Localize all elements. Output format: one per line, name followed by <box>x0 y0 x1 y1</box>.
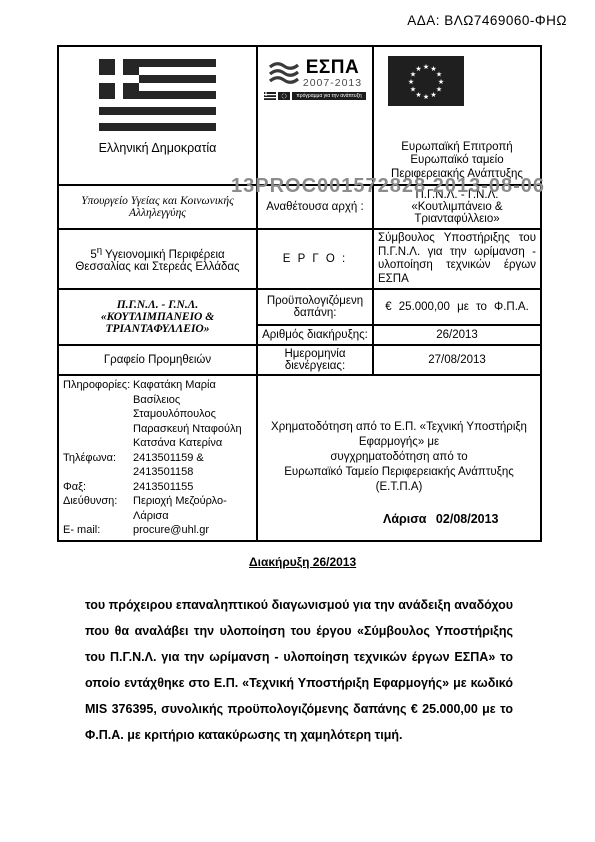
funding-line: συγχρηματοδότηση από το <box>262 450 536 465</box>
hellenic-republic-cell: Ελληνική Δημοκρατία <box>58 46 257 185</box>
svg-text:★: ★ <box>430 91 436 99</box>
body-paragraph: του πρόχειρου επαναληπτικού διαγωνισμού … <box>85 592 513 748</box>
table-row: Ελληνική Δημοκρατία ΕΣΠΑ <box>58 46 541 185</box>
contact-row: Φαξ:2413501155 <box>63 480 252 495</box>
funding-line: Χρηματοδότηση από το Ε.Π. «Τεχνική Υποστ… <box>262 420 536 435</box>
funding-line: Ευρωπαϊκό Ταμείο Περιφερειακής Ανάπτυξης… <box>262 465 536 495</box>
eu-caption-line: Ευρωπαϊκό ταμείο <box>374 154 540 168</box>
tender-date-label: Ημερομηνία διενέργειας: <box>257 345 373 375</box>
greek-flag-icon <box>99 59 216 131</box>
svg-text:★: ★ <box>423 63 429 71</box>
contact-label: Διεύθυνση: <box>63 494 133 523</box>
contact-row: Διεύθυνση:Περιοχή Μεζούρλο-Λάρισα <box>63 494 252 523</box>
hospital-line1: Π.Γ.Ν.Λ. - Γ.Ν.Λ. <box>63 299 252 311</box>
header-table: Ελληνική Δημοκρατία ΕΣΠΑ <box>57 45 542 542</box>
hellenic-republic-label: Ελληνική Δημοκρατία <box>59 141 256 155</box>
contact-info-cell: Πληροφορίες:Καφατάκη Μαρία Βασίλειος Στα… <box>58 375 257 541</box>
contact-label: E- mail: <box>63 523 133 538</box>
eu-caption-line: Ευρωπαϊκή Επιτροπή <box>374 141 540 155</box>
contact-row: Παρασκευή Νταφούλη <box>63 422 252 437</box>
espa-wordmark: ΕΣΠΑ <box>303 59 362 77</box>
espa-logo-cell: ΕΣΠΑ 2007-2013 <box>257 46 373 185</box>
contact-row: E- mail:procure@uhl.gr <box>63 523 252 538</box>
mini-eu-flag-icon <box>278 92 290 100</box>
health-region-cell: 5η Υγειονομική Περιφέρεια Θεσσαλίας και … <box>58 229 257 289</box>
contact-row: Πληροφορίες:Καφατάκη Μαρία <box>63 378 252 393</box>
contact-value: 2413501159 & 2413501158 <box>133 451 252 480</box>
contact-row: Κατσάνα Κατερίνα <box>63 436 252 451</box>
funding-line: Εφαρμογής» με <box>262 435 536 450</box>
tender-number-value: 26/2013 <box>373 325 541 345</box>
authority-line2: «Κουτλιμπάνειο & Τριανταφύλλειο» <box>378 201 536 225</box>
svg-text:★: ★ <box>423 93 429 101</box>
tender-number-label: Αριθμός διακήρυξης: <box>257 325 373 345</box>
table-row: Π.Γ.Ν.Λ. - Γ.Ν.Λ. «ΚΟΥΤΛΙΜΠΑΝΕΙΟ & ΤΡΙΑΝ… <box>58 289 541 325</box>
svg-text:★: ★ <box>436 86 442 94</box>
contact-label: Τηλέφωνα: <box>63 451 133 480</box>
contact-label: Φαξ: <box>63 480 133 495</box>
espa-waves-icon <box>268 60 300 88</box>
contact-value: Καφατάκη Μαρία <box>133 378 252 393</box>
budget-value: € 25.000,00 με το Φ.Π.Α. <box>373 289 541 325</box>
svg-text:★: ★ <box>415 65 421 73</box>
contact-label <box>63 436 133 451</box>
eu-commission-cell: ★★★ ★★★ ★★★ ★★★ Ευρωπαϊκή Επιτροπή Ευρωπ… <box>373 46 541 185</box>
tender-heading: Διακήρυξη 26/2013 <box>249 555 356 569</box>
eu-flag-icon: ★★★ ★★★ ★★★ ★★★ <box>388 56 540 106</box>
table-row: Γραφείο Προμηθειών Ημερομηνία διενέργεια… <box>58 345 541 375</box>
ergo-label: Ε Ρ Γ Ο : <box>257 229 373 289</box>
contact-value: Παρασκευή Νταφούλη <box>133 422 252 437</box>
svg-text:★: ★ <box>415 91 421 99</box>
contact-value: Περιοχή Μεζούρλο-Λάρισα <box>133 494 252 523</box>
espa-band-text: πρόγραμμα για την ανάπτυξη <box>292 92 365 100</box>
contact-label: Πληροφορίες: <box>63 378 133 393</box>
contact-label <box>63 422 133 437</box>
contact-value: procure@uhl.gr <box>133 523 252 538</box>
hospital-line2: «ΚΟΥΤΛΙΜΠΑΝΕΙΟ & ΤΡΙΑΝΤΑΦΥΛΛΕΙΟ» <box>63 311 252 335</box>
espa-years: 2007-2013 <box>303 77 362 89</box>
ergo-value: Σύμβουλος Υποστήριξης του Π.Γ.Ν.Λ. για τ… <box>373 229 541 289</box>
budget-label: Προϋπολογιζόμενη δαπάνη: <box>257 289 373 325</box>
svg-text:★: ★ <box>410 86 416 94</box>
ministry-cell: Υπουργείο Υγείας και Κοινωνικής Αλληλεγγ… <box>58 185 257 229</box>
contact-value: Κατσάνα Κατερίνα <box>133 436 252 451</box>
watermark-protocol-number: 13PROC001572828 2013-08-06 <box>231 175 545 198</box>
contact-value: 2413501155 <box>133 480 252 495</box>
contact-row: Τηλέφωνα:2413501159 & 2413501158 <box>63 451 252 480</box>
tender-date-value: 27/08/2013 <box>373 345 541 375</box>
document-page: ΑΔΑ: ΒΛΩ7469060-ΦΗΩ Ελληνικ <box>0 0 595 842</box>
svg-text:★: ★ <box>408 78 414 86</box>
mini-greek-flag-icon <box>264 92 276 100</box>
place-date-line: Λάρισα 02/08/2013 <box>383 512 499 526</box>
contact-row: Βασίλειος Σταμουλόπουλος <box>63 393 252 422</box>
procurement-office-cell: Γραφείο Προμηθειών <box>58 345 257 375</box>
contact-value: Βασίλειος Σταμουλόπουλος <box>133 393 252 422</box>
table-row: 5η Υγειονομική Περιφέρεια Θεσσαλίας και … <box>58 229 541 289</box>
contact-label <box>63 393 133 422</box>
ada-code: ΑΔΑ: ΒΛΩ7469060-ΦΗΩ <box>407 13 567 28</box>
hospital-name-cell: Π.Γ.Ν.Λ. - Γ.Ν.Λ. «ΚΟΥΤΛΙΜΠΑΝΕΙΟ & ΤΡΙΑΝ… <box>58 289 257 345</box>
espa-logo: ΕΣΠΑ 2007-2013 <box>264 59 365 100</box>
